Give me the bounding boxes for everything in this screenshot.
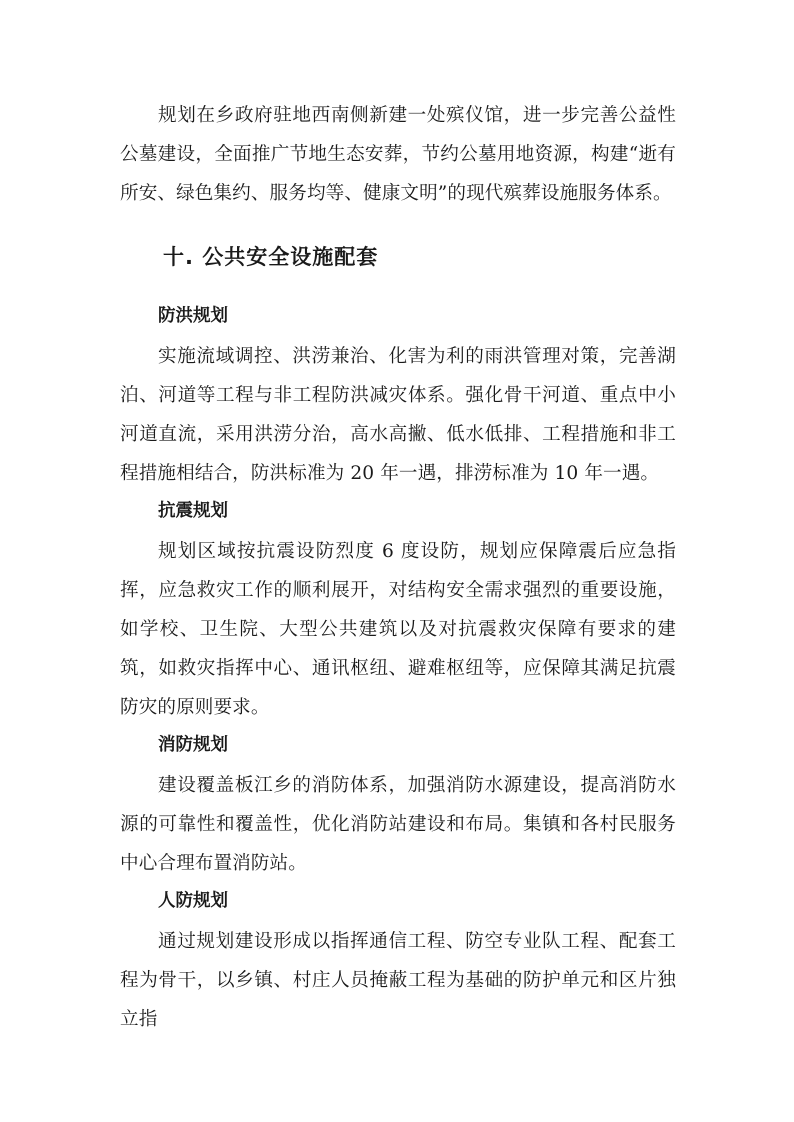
subsection-body-fire-protection: 建设覆盖板江乡的消防体系，加强消防水源建设，提高消防水源的可靠性和覆盖性，优化消…: [120, 766, 676, 883]
intro-paragraph: 规划在乡政府驻地西南侧新建一处殡仪馆，进一步完善公益性公墓建设，全面推广节地生态…: [120, 96, 676, 213]
subsection-title-fire-protection: 消防规划: [158, 730, 676, 760]
subsection-body-flood-control: 实施流域调控、洪涝兼治、化害为利的雨洪管理对策，完善湖泊、河道等工程与非工程防洪…: [120, 337, 676, 493]
subsection-title-flood-control: 防洪规划: [158, 301, 676, 331]
section-heading-public-safety: 十. 公共安全设施配套: [163, 242, 676, 272]
subsection-body-civil-defense: 通过规划建设形成以指挥通信工程、防空专业队工程、配套工程为骨干，以乡镇、村庄人员…: [120, 922, 676, 1039]
subsection-body-earthquake: 规划区域按抗震设防烈度 6 度设防，规划应保障震后应急指挥，应急救灾工作的顺利展…: [120, 532, 676, 727]
subsection-title-earthquake: 抗震规划: [158, 496, 676, 526]
subsection-title-civil-defense: 人防规划: [158, 886, 676, 916]
document-page: 规划在乡政府驻地西南侧新建一处殡仪馆，进一步完善公益性公墓建设，全面推广节地生态…: [120, 96, 676, 1039]
